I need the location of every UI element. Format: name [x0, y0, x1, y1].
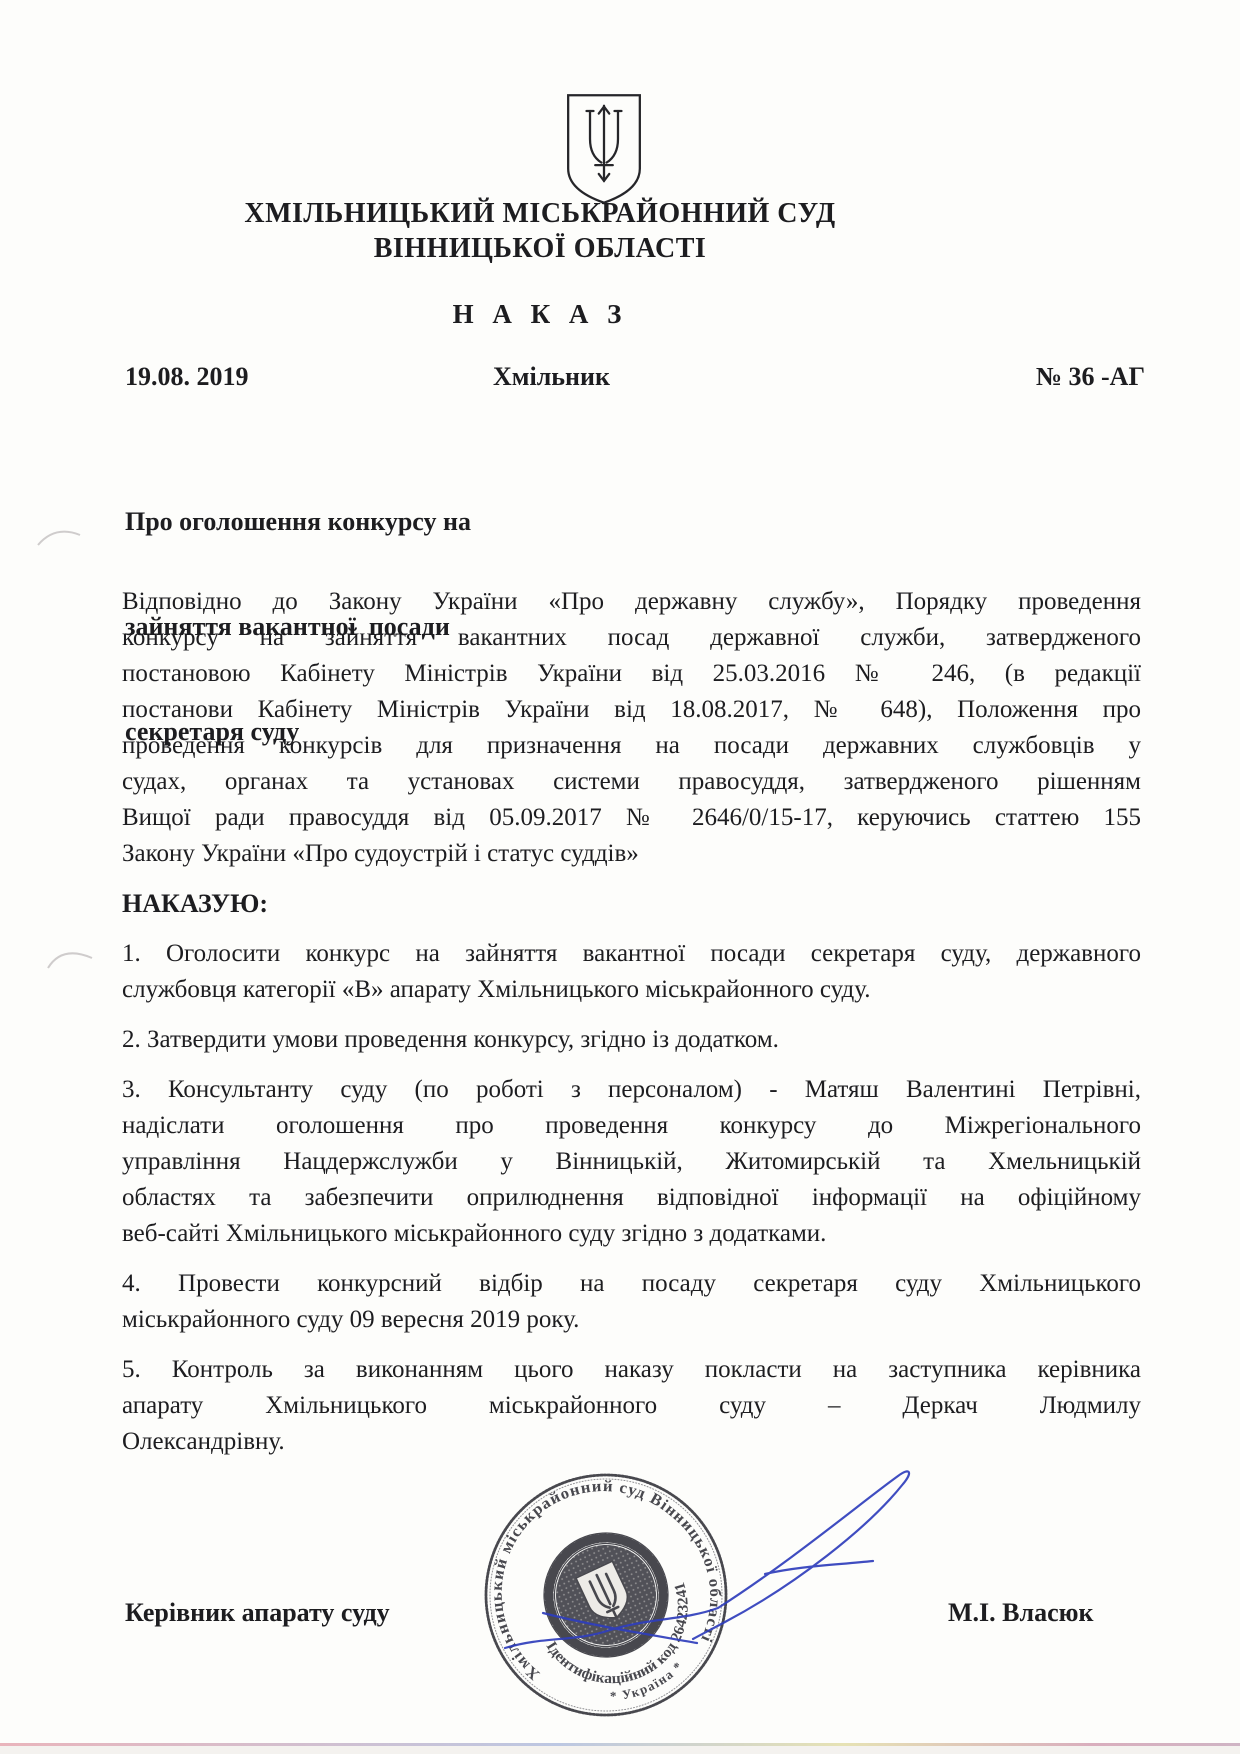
order-place: Хмільник [493, 362, 610, 392]
item-line: областях та забезпечити оприлюднення від… [122, 1180, 1141, 1216]
item-line: службовця категорії «В» апарату Хмільниц… [122, 972, 1141, 1008]
item-line: 5. Контроль за виконанням цього наказу п… [122, 1352, 1141, 1388]
item-line: управління Нацдержслужби у Вінницькій, Ж… [122, 1144, 1141, 1180]
item-line: міськрайонного суду 09 вересня 2019 року… [122, 1302, 1141, 1338]
order-item-2: 2. Затвердити умови проведення конкурсу,… [122, 1022, 1141, 1058]
preamble-line: постанови Кабінету Міністрів України від… [122, 692, 1141, 728]
court-name-line2: ВІННИЦЬКОЇ ОБЛАСТІ [0, 231, 1080, 266]
item-line: веб-сайті Хмільницького міськрайонного с… [122, 1216, 1141, 1252]
preamble-line: проведення конкурсів для призначення на … [122, 728, 1141, 764]
preamble-line: конкурсу на зайняття вакантних посад дер… [122, 620, 1141, 656]
item-line: 3. Консультанту суду (по роботі з персон… [122, 1072, 1141, 1108]
item-line: 2. Затвердити умови проведення конкурсу,… [122, 1022, 1141, 1058]
preamble-line: постановою Кабінету Міністрів України ві… [122, 656, 1141, 692]
preamble-line: Відповідно до Закону України «Про держав… [122, 584, 1141, 620]
order-item-4: 4. Провести конкурсний відбір на посаду … [122, 1266, 1141, 1338]
preamble-line: Вищої ради правосуддя від 05.09.2017 № 2… [122, 800, 1141, 836]
ukraine-trident-emblem-icon [560, 90, 648, 208]
signer-position-title: Керівник апарату суду [125, 1598, 390, 1628]
preamble-paragraph: Відповідно до Закону України «Про держав… [122, 584, 1141, 872]
scan-bottom-margin [0, 1746, 1240, 1754]
meta-row: 19.08. 2019 Хмільник № 36 -АГ [125, 362, 1145, 396]
item-line: 1. Оголосити конкурс на зайняття вакантн… [122, 936, 1141, 972]
item-line: 4. Провести конкурсний відбір на посаду … [122, 1266, 1141, 1302]
scan-artifact [38, 532, 80, 545]
court-name-line1: ХМІЛЬНИЦЬКИЙ МІСЬКРАЙОННИЙ СУД [0, 196, 1080, 231]
subject-line: Про оголошення конкурсу на [125, 504, 685, 539]
order-item-3: 3. Консультанту суду (по роботі з персон… [122, 1072, 1141, 1252]
order-body: Відповідно до Закону України «Про держав… [122, 584, 1141, 1474]
preamble-line: судах, органах та установах системи прав… [122, 764, 1141, 800]
order-date: 19.08. 2019 [125, 362, 249, 392]
order-item-1: 1. Оголосити конкурс на зайняття вакантн… [122, 936, 1141, 1008]
court-name: ХМІЛЬНИЦЬКИЙ МІСЬКРАЙОННИЙ СУД ВІННИЦЬКО… [0, 196, 1080, 266]
order-number: № 36 -АГ [1036, 362, 1145, 392]
document-title: Н А К А З [0, 299, 1080, 330]
handwritten-signature [400, 1400, 1020, 1730]
scan-artifact [48, 953, 92, 968]
item-line: надіслати оголошення про проведення конк… [122, 1108, 1141, 1144]
resolution-word: НАКАЗУЮ: [122, 886, 1141, 922]
scanned-order-document: { "page": { "paper_color": "#fdfdfb", "i… [0, 0, 1240, 1754]
preamble-line: Закону України «Про судоустрій і статус … [122, 836, 1141, 872]
